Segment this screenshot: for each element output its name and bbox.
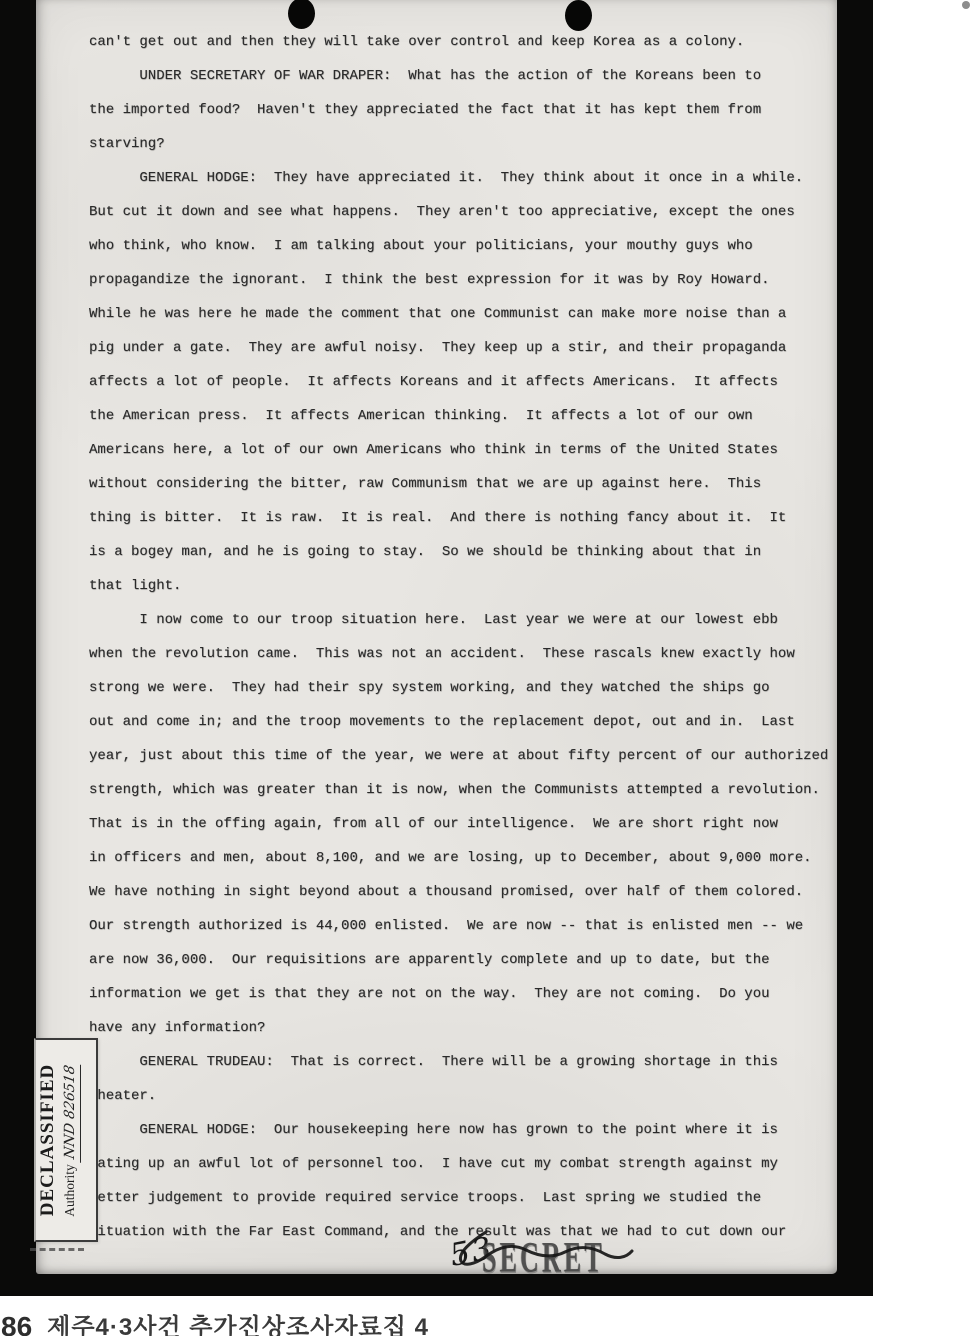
text-line: in officers and men, about 8,100, and we… xyxy=(89,849,849,883)
declassified-stamp-authority: Authority NND 826518 xyxy=(60,1040,81,1240)
text-line: the imported food? Haven't they apprecia… xyxy=(89,101,849,135)
text-line: have any information? xyxy=(89,1019,849,1053)
text-line: year, just about this time of the year, … xyxy=(89,747,849,781)
text-line: the American press. It affects American … xyxy=(89,407,849,441)
authority-number: NND 826518 xyxy=(60,1061,81,1162)
declassified-stamp-inner: DECLASSIFIED Authority NND 826518 xyxy=(36,1040,96,1240)
edge-dash-mark xyxy=(30,1248,84,1251)
text-line: While he was here he made the comment th… xyxy=(89,305,849,339)
footer-page-number: 86 xyxy=(1,1312,32,1336)
text-line: are now 36,000. Our requisitions are app… xyxy=(89,951,849,985)
text-line: We have nothing in sight beyond about a … xyxy=(89,883,849,917)
text-line: out and come in; and the troop movements… xyxy=(89,713,849,747)
text-line: information we get is that they are not … xyxy=(89,985,849,1019)
text-line: propagandize the ignorant. I think the b… xyxy=(89,271,849,305)
text-line: thing is bitter. It is raw. It is real. … xyxy=(89,509,849,543)
footer-book-title: 제주4·3사건 추가진상조사자료집 4 xyxy=(47,1312,429,1336)
declassified-stamp: DECLASSIFIED Authority NND 826518 xyxy=(34,1038,98,1242)
text-line: GENERAL HODGE: They have appreciated it.… xyxy=(89,169,849,203)
text-line: But cut it down and see what happens. Th… xyxy=(89,203,849,237)
text-line: better judgement to provide required ser… xyxy=(89,1189,849,1223)
text-line: UNDER SECRETARY OF WAR DRAPER: What has … xyxy=(89,67,849,101)
declassified-stamp-title: DECLASSIFIED xyxy=(36,1040,60,1240)
scanned-document-page: can't get out and then they will take ov… xyxy=(0,0,976,1336)
text-line: can't get out and then they will take ov… xyxy=(89,33,849,67)
text-line: GENERAL TRUDEAU: That is correct. There … xyxy=(89,1053,849,1087)
text-line: theater. xyxy=(89,1087,849,1121)
text-line: Our strength authorized is 44,000 enlist… xyxy=(89,917,849,951)
authority-label: Authority xyxy=(62,1164,77,1217)
text-line: affects a lot of people. It affects Kore… xyxy=(89,373,849,407)
typewritten-text: can't get out and then they will take ov… xyxy=(89,33,849,1257)
text-line: GENERAL HODGE: Our housekeeping here now… xyxy=(89,1121,849,1155)
text-line: That is in the offing again, from all of… xyxy=(89,815,849,849)
text-line: I now come to our troop situation here. … xyxy=(89,611,849,645)
text-line: starving? xyxy=(89,135,849,169)
text-line: strength, which was greater than it is n… xyxy=(89,781,849,815)
text-line: when the revolution came. This was not a… xyxy=(89,645,849,679)
text-line: eating up an awful lot of personnel too.… xyxy=(89,1155,849,1189)
punch-hole-left xyxy=(288,0,315,29)
text-line: that light. xyxy=(89,577,849,611)
text-line: who think, who know. I am talking about … xyxy=(89,237,849,271)
book-footer: 86 제주4·3사건 추가진상조사자료집 4 xyxy=(1,1312,429,1336)
document-paper: can't get out and then they will take ov… xyxy=(36,0,837,1274)
text-line: Americans here, a lot of our own America… xyxy=(89,441,849,475)
text-line: without considering the bitter, raw Comm… xyxy=(89,475,849,509)
text-line: is a bogey man, and he is going to stay.… xyxy=(89,543,849,577)
scan-artifact-dot xyxy=(962,1,970,9)
punch-hole-right xyxy=(565,0,592,31)
text-line: pig under a gate. They are awful noisy. … xyxy=(89,339,849,373)
text-line: strong we were. They had their spy syste… xyxy=(89,679,849,713)
secret-stamp: SECRET xyxy=(482,1234,605,1283)
